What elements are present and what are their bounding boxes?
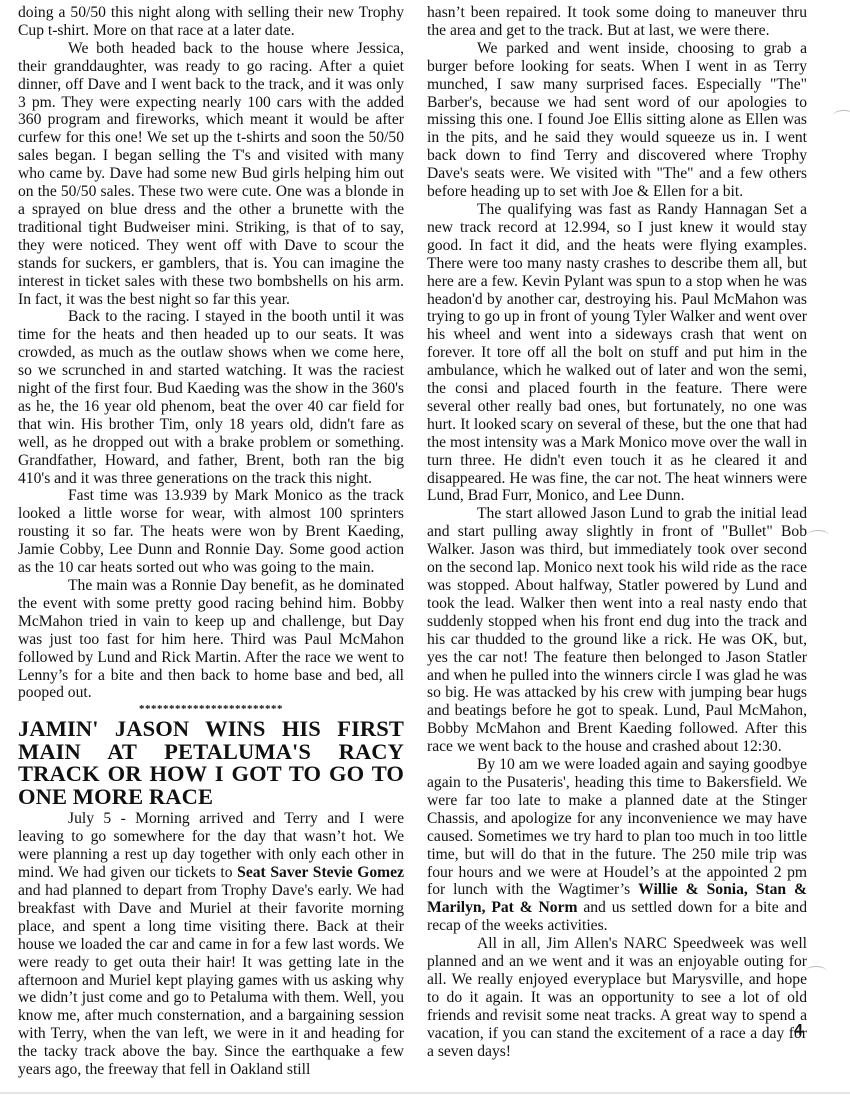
paragraph: Back to the racing. I stayed in the boot… bbox=[18, 308, 404, 487]
paragraph: doing a 50/50 this night along with sell… bbox=[18, 4, 404, 40]
paragraph: July 5 - Morning arrived and Terry and I… bbox=[18, 810, 404, 1079]
paragraph-text: By 10 am we were loaded again and saying… bbox=[427, 756, 807, 898]
paragraph: hasn’t been repaired. It took some doing… bbox=[427, 4, 807, 40]
paragraph: The qualifying was fast as Randy Hannaga… bbox=[427, 201, 807, 505]
bold-name: Seat Saver Stevie Gomez bbox=[237, 864, 404, 881]
paragraph: The main was a Ronnie Day benefit, as he… bbox=[18, 577, 404, 702]
paragraph: We both headed back to the house where J… bbox=[18, 40, 404, 309]
scan-artifact bbox=[807, 530, 829, 541]
scan-artifact bbox=[833, 110, 850, 121]
page-bottom-edge bbox=[0, 1092, 850, 1094]
article-headline: JAMIN' JASON WINS HIS FIRST MAIN AT PETA… bbox=[18, 718, 404, 808]
right-column: hasn’t been repaired. It took some doing… bbox=[427, 4, 807, 1060]
newsletter-page: doing a 50/50 this night along with sell… bbox=[0, 0, 850, 1100]
page-number: 4 bbox=[794, 1022, 803, 1040]
paragraph: We parked and went inside, choosing to g… bbox=[427, 40, 807, 201]
scan-artifact bbox=[805, 966, 827, 977]
left-column: doing a 50/50 this night along with sell… bbox=[18, 4, 404, 1079]
paragraph: All in all, Jim Allen's NARC Speedweek w… bbox=[427, 935, 807, 1060]
paragraph: Fast time was 13.939 by Mark Monico as t… bbox=[18, 487, 404, 577]
paragraph: The start allowed Jason Lund to grab the… bbox=[427, 505, 807, 756]
paragraph: By 10 am we were loaded again and saying… bbox=[427, 756, 807, 935]
paragraph-text: and had planned to depart from Trophy Da… bbox=[18, 882, 404, 1078]
section-separator: ************************ bbox=[18, 702, 404, 716]
